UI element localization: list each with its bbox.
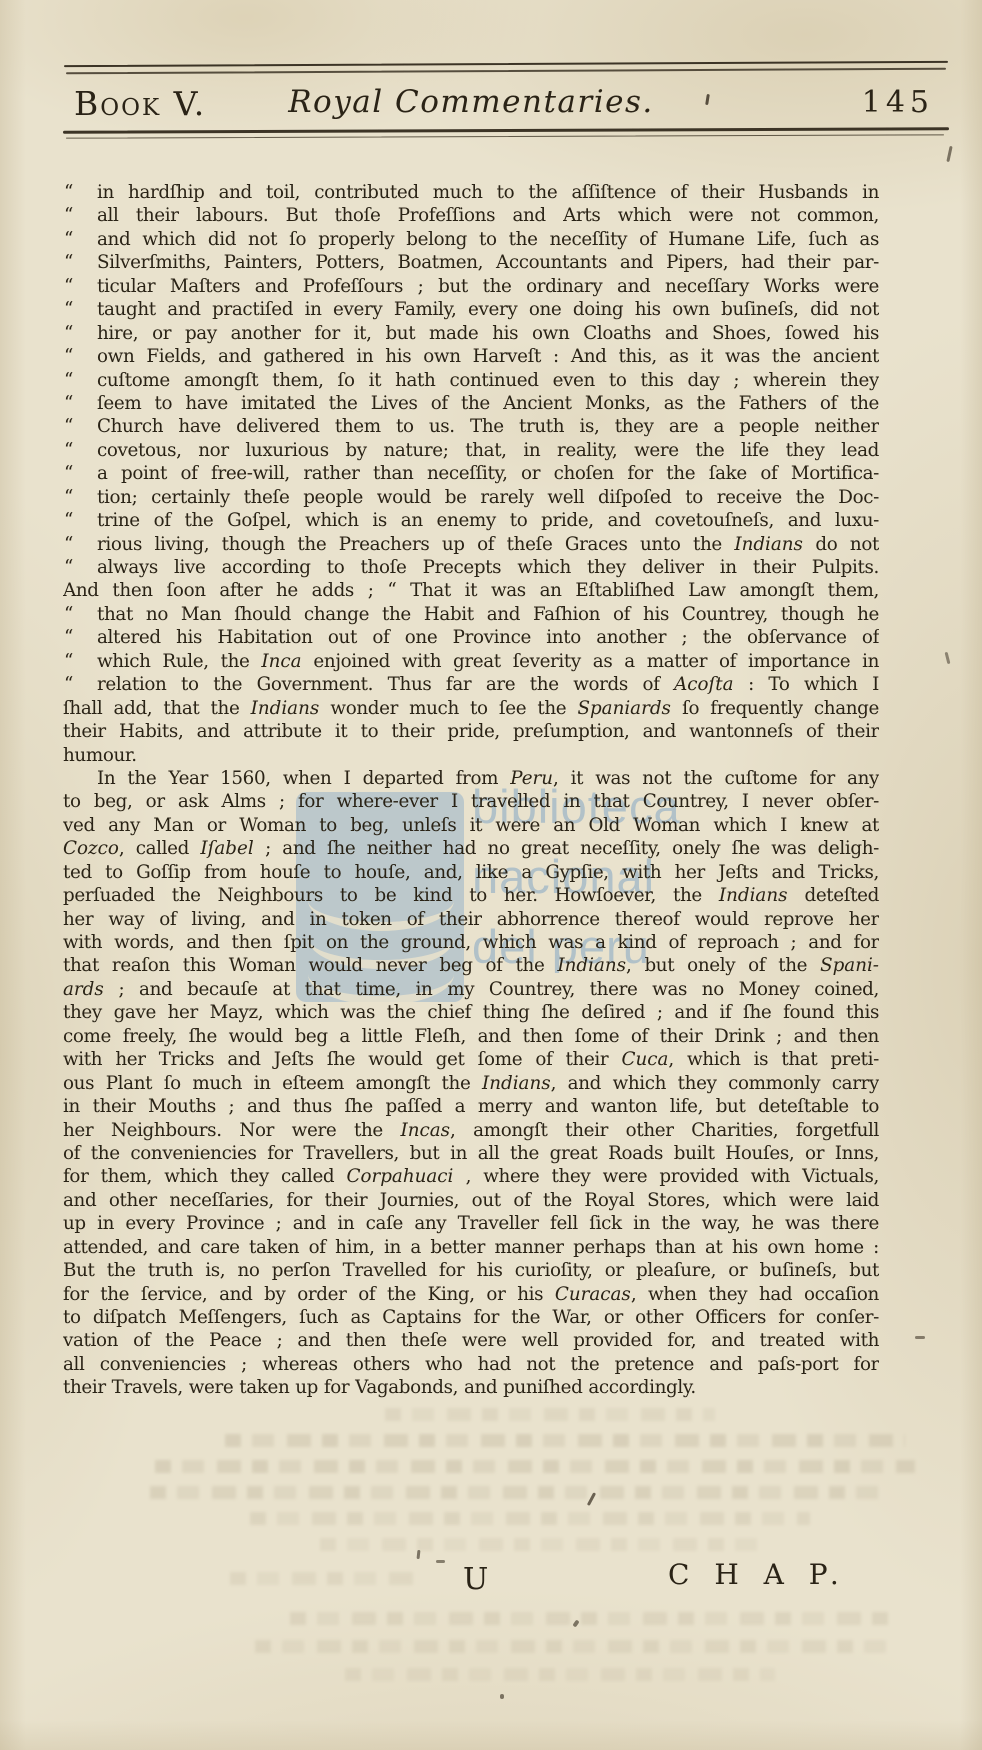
show-through-ghost-line [255,1640,895,1653]
text-line: “tion; certainly theſe people would be r… [63,486,879,509]
text-line: “in hardſhip and toil, contributed much … [63,181,879,204]
quote-mark: “ [64,181,73,204]
text-line: “Silverſmiths, Painters, Potters, Boatme… [63,251,879,274]
show-through-ghost-line [385,1408,715,1421]
show-through-ghost-line [250,1512,810,1525]
ink-speck [915,1336,925,1339]
quote-mark: “ [64,673,73,696]
signature-mark: U [463,1562,488,1597]
text-line: her Neighbours. Nor were the Incas, amon… [63,1119,879,1142]
running-title: Royal Commentaries. [0,84,942,120]
quote-mark: “ [64,509,73,532]
text-line: “ſeem to have imitated the Lives of the … [63,392,879,415]
text-line: to beg, or ask Alms ; for where-ever I t… [63,790,879,813]
catchword: C H A P. [668,1558,847,1591]
text-line: “relation to the Government. Thus far ar… [63,673,879,696]
header-rule-upper [63,127,949,133]
quote-mark: “ [64,533,73,556]
quote-mark: “ [64,626,73,649]
quote-mark: “ [64,439,73,462]
ink-speck [417,1550,421,1559]
text-line: In the Year 1560, when I departed from P… [63,767,879,790]
ink-speck [436,1560,445,1563]
text-line: that reaſon this Woman would never beg o… [63,954,879,977]
quote-mark: “ [64,228,73,251]
show-through-ghost-line [345,1668,775,1681]
quote-mark: “ [64,251,73,274]
text-line: “all their labours. But thoſe Profeſſion… [63,204,879,227]
text-line: “own Fields, and gathered in his own Har… [63,345,879,368]
text-line: “rious living, though the Preachers up o… [63,533,879,556]
text-line: “and which did not ſo properly belong to… [63,228,879,251]
text-line: in their Mouths ; and thus ſhe paſſed a … [63,1095,879,1118]
text-line: their Travels, were taken up for Vagabon… [63,1376,879,1399]
text-line: up in every Province ; and in caſe any T… [63,1212,879,1235]
text-line: But the truth is, no perſon Travelled fo… [63,1259,879,1282]
text-line: “a point of free-will, rather than neceſ… [63,462,879,485]
show-through-ghost-line [230,1572,420,1585]
quote-mark: “ [64,322,73,345]
text-line: “ticular Maſters and Profeſſours ; but t… [63,275,879,298]
top-rule-upper [64,61,948,68]
show-through-ghost-line [320,1538,760,1551]
text-line: ous Plant ſo much in eſteem amongſt the … [63,1072,879,1095]
quote-mark: “ [64,369,73,392]
text-line: they gave her Mayz, which was the chief … [63,1001,879,1024]
text-line: her way of living, and in token of their… [63,908,879,931]
quote-mark: “ [64,486,73,509]
show-through-ghost-line [225,1434,905,1447]
text-line: ved any Man or Woman to beg, unleſs it w… [63,814,879,837]
quote-mark: “ [64,603,73,626]
quote-mark: “ [64,392,73,415]
ink-speck [946,146,952,162]
text-line: Cozco, called Iſabel ; and ſhe neither h… [63,837,879,860]
text-line: and other neceſſaries, for their Journie… [63,1189,879,1212]
text-line: for them, which they called Corpahuaci ,… [63,1165,879,1188]
ink-speck [500,1694,504,1699]
text-line: “altered his Habitation out of one Provi… [63,626,879,649]
text-line: ſhall add, that the Indians wonder much … [63,697,879,720]
text-line: ted to Goſſip from houſe to houſe, and, … [63,861,879,884]
text-line: And then ſoon after he adds ; “ That it … [63,579,879,602]
body-text-block: “in hardſhip and toil, contributed much … [63,181,879,1400]
ink-speck [945,652,951,664]
book-page-scan: biblioteca nacional del peru Book V. Roy… [0,0,982,1750]
quote-mark: “ [64,204,73,227]
quote-mark: “ [64,415,73,438]
quote-mark: “ [64,650,73,673]
text-line: “which Rule, the Inca enjoined with grea… [63,650,879,673]
text-line: “Church have delivered them to us. The t… [63,415,879,438]
text-line: for the ſervice, and by order of the Kin… [63,1283,879,1306]
text-line: to diſpatch Meſſengers, ſuch as Captains… [63,1306,879,1329]
text-line: come freely, ſhe would beg a little Fleſ… [63,1025,879,1048]
text-line: “trine of the Goſpel, which is an enemy … [63,509,879,532]
show-through-ghost-line [290,1612,890,1625]
quote-mark: “ [64,275,73,298]
quote-mark: “ [64,298,73,321]
text-line: “hire, or pay another for it, but made h… [63,322,879,345]
quote-mark: “ [64,462,73,485]
text-line: with words, and then ſpit on the ground,… [63,931,879,954]
text-line: “covetous, nor luxurious by nature; that… [63,439,879,462]
text-line: their Habits, and attribute it to their … [63,720,879,743]
header-rule-lower [66,134,944,139]
text-line: attended, and care taken of him, in a be… [63,1236,879,1259]
page-number: 145 [862,85,934,120]
text-line: vation of the Peace ; and then theſe wer… [63,1329,879,1352]
text-line: “always live according to thoſe Precepts… [63,556,879,579]
text-line: perſuaded the Neighbours to be kind to h… [63,884,879,907]
text-line: with her Tricks and Jeſts ſhe would get … [63,1048,879,1071]
text-line: “taught and practiſed in every Family, e… [63,298,879,321]
text-line: ards ; and becauſe at that time, in my C… [63,978,879,1001]
text-line: of the conveniencies for Travellers, but… [63,1142,879,1165]
text-line: “that no Man ſhould change the Habit and… [63,603,879,626]
top-rule-lower [66,68,946,74]
quote-mark: “ [64,556,73,579]
text-line: “cuſtome amongſt them, ſo it hath contin… [63,369,879,392]
text-line: all conveniencies ; whereas others who h… [63,1353,879,1376]
show-through-ghost-line [150,1486,890,1499]
quote-mark: “ [64,345,73,368]
text-line: humour. [63,744,879,767]
show-through-ghost-line [155,1460,915,1473]
